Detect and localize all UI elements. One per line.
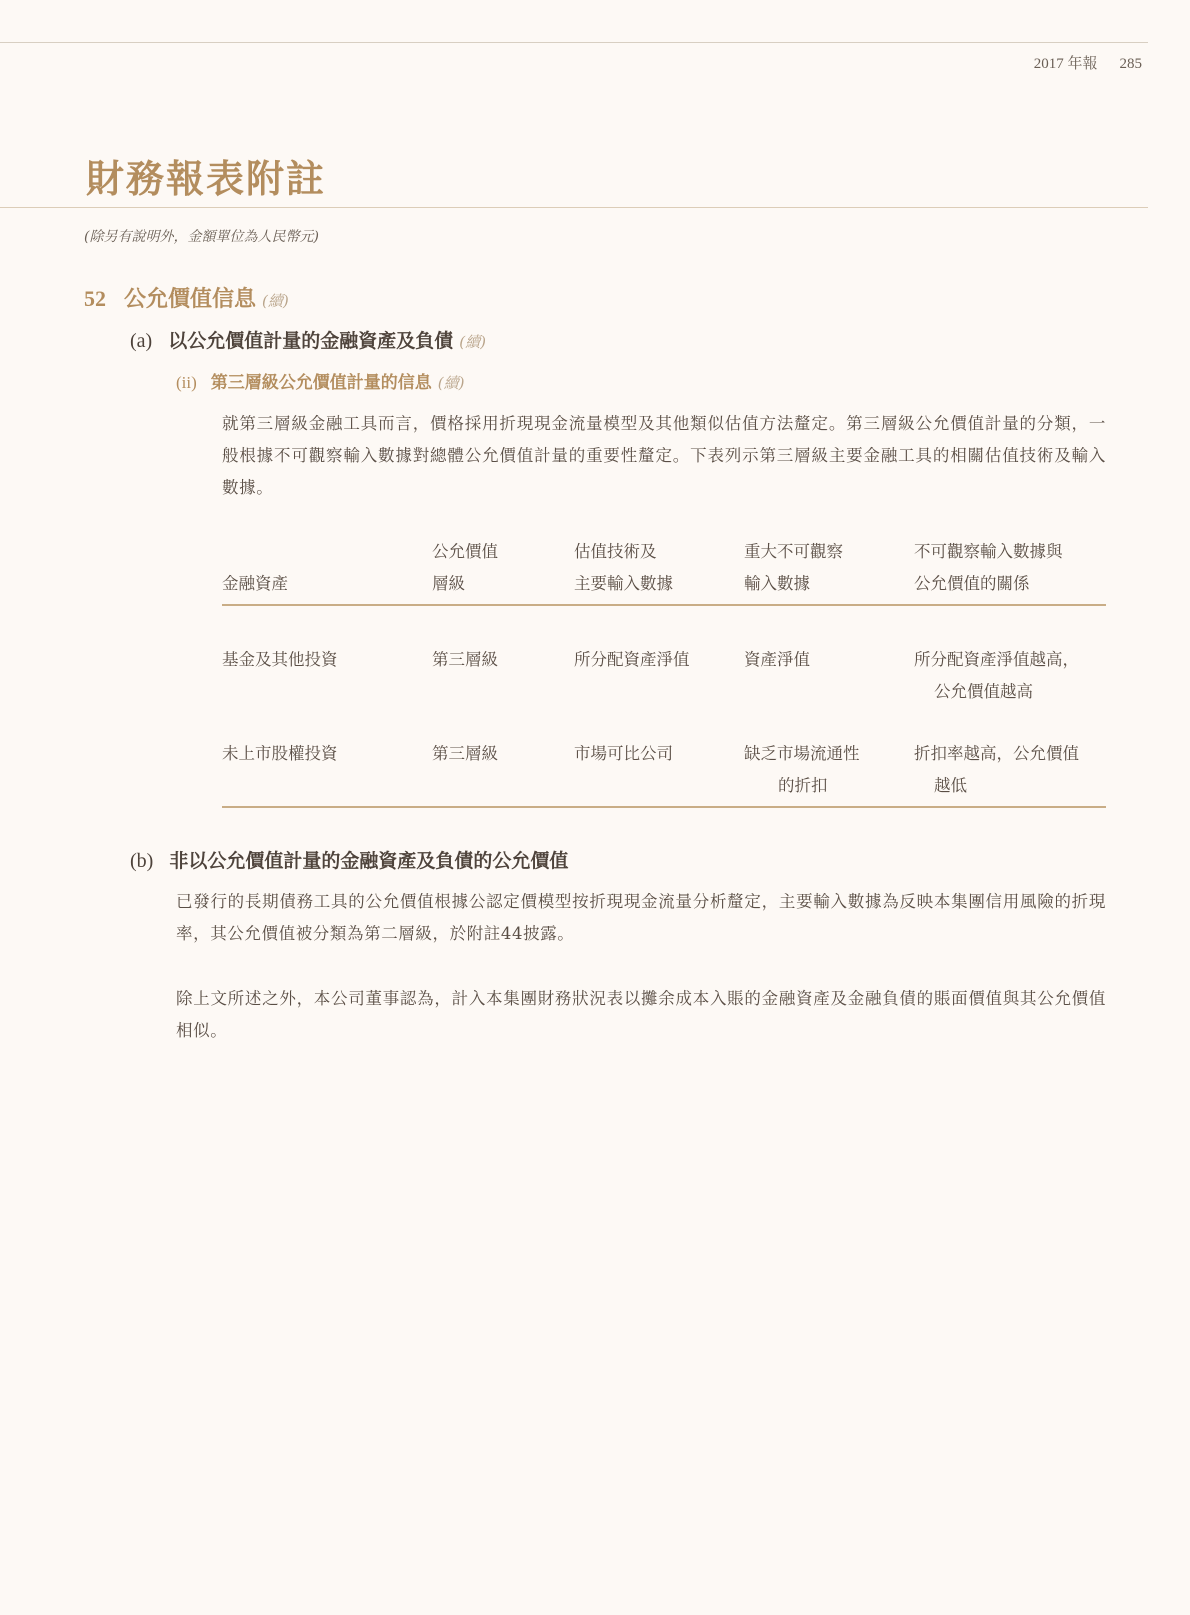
subsection-label: (ii) xyxy=(176,373,197,392)
continued-label: (續) xyxy=(262,292,289,310)
subsection-heading-ii: (ii)第三層級公允價值計量的信息(續) xyxy=(176,368,465,393)
column-header-relationship: 不可觀察輸入數據與公允價值的關係 xyxy=(914,536,1106,605)
cell-technique: 所分配資產淨值 xyxy=(574,605,744,738)
subsection-title: 非以公允價值計量的金融資產及負債的公允價值 xyxy=(169,850,568,872)
cell-relationship: 所分配資產淨值越高，公允價值越高 xyxy=(914,605,1106,738)
page-number: 285 xyxy=(1120,56,1143,72)
table-header-row: 金融資產 公允價值層級 估值技術及主要輸入數據 重大不可觀察輸入數據 不可觀察輸… xyxy=(222,536,1106,605)
table-row: 未上市股權投資 第三層級 市場可比公司 缺乏市場流通性的折扣 折扣率越高，公允價… xyxy=(222,738,1106,807)
level3-valuation-table: 金融資產 公允價值層級 估值技術及主要輸入數據 重大不可觀察輸入數據 不可觀察輸… xyxy=(222,536,1106,808)
column-header-technique: 估值技術及主要輸入數據 xyxy=(574,536,744,605)
section-title: 公允價值信息 xyxy=(124,286,256,312)
page-title: 財務報表附註 xyxy=(86,148,326,203)
cell-asset: 基金及其他投資 xyxy=(222,605,432,738)
debt-instruments-paragraph: 已發行的長期債務工具的公允價值根據公認定價模型按折現現金流量分析釐定，主要輸入數… xyxy=(176,886,1106,950)
cell-unobservable: 資產淨值 xyxy=(744,605,914,738)
continued-label: (續) xyxy=(438,374,465,392)
cell-level: 第三層級 xyxy=(432,605,574,738)
level3-paragraph: 就第三層級金融工具而言，價格採用折現現金流量模型及其他類似估值方法釐定。第三層級… xyxy=(222,408,1106,504)
page-header: 2017 年報285 xyxy=(1034,52,1142,73)
column-header-asset: 金融資產 xyxy=(222,536,432,605)
column-header-unobservable: 重大不可觀察輸入數據 xyxy=(744,536,914,605)
cell-technique: 市場可比公司 xyxy=(574,738,744,807)
cell-level: 第三層級 xyxy=(432,738,574,807)
column-header-level: 公允價值層級 xyxy=(432,536,574,605)
currency-note: (除另有說明外，金額單位為人民幣元) xyxy=(84,226,319,246)
section-number: 52 xyxy=(84,286,106,311)
subsection-heading-b: (b)非以公允價值計量的金融資產及負債的公允價值 xyxy=(130,846,568,873)
section-heading-52: 52公允價值信息(續) xyxy=(84,282,289,313)
cell-relationship: 折扣率越高，公允價值越低 xyxy=(914,738,1106,807)
cell-unobservable: 缺乏市場流通性的折扣 xyxy=(744,738,914,807)
subsection-label: (b) xyxy=(130,850,153,872)
report-label: 2017 年報 xyxy=(1034,56,1098,72)
continued-label: (續) xyxy=(459,333,486,351)
top-rule xyxy=(0,42,1148,43)
subsection-title: 第三層級公允價值計量的信息 xyxy=(211,373,432,393)
subsection-title: 以公允價值計量的金融資產及負債 xyxy=(168,330,453,352)
directors-opinion-paragraph: 除上文所述之外，本公司董事認為，計入本集團財務狀況表以攤余成本入賬的金融資產及金… xyxy=(176,983,1106,1047)
subsection-label: (a) xyxy=(130,330,152,352)
cell-asset: 未上市股權投資 xyxy=(222,738,432,807)
title-rule xyxy=(0,207,1148,208)
table-row: 基金及其他投資 第三層級 所分配資產淨值 資產淨值 所分配資產淨值越高，公允價值… xyxy=(222,605,1106,738)
subsection-heading-a: (a)以公允價值計量的金融資產及負債(續) xyxy=(130,326,486,353)
